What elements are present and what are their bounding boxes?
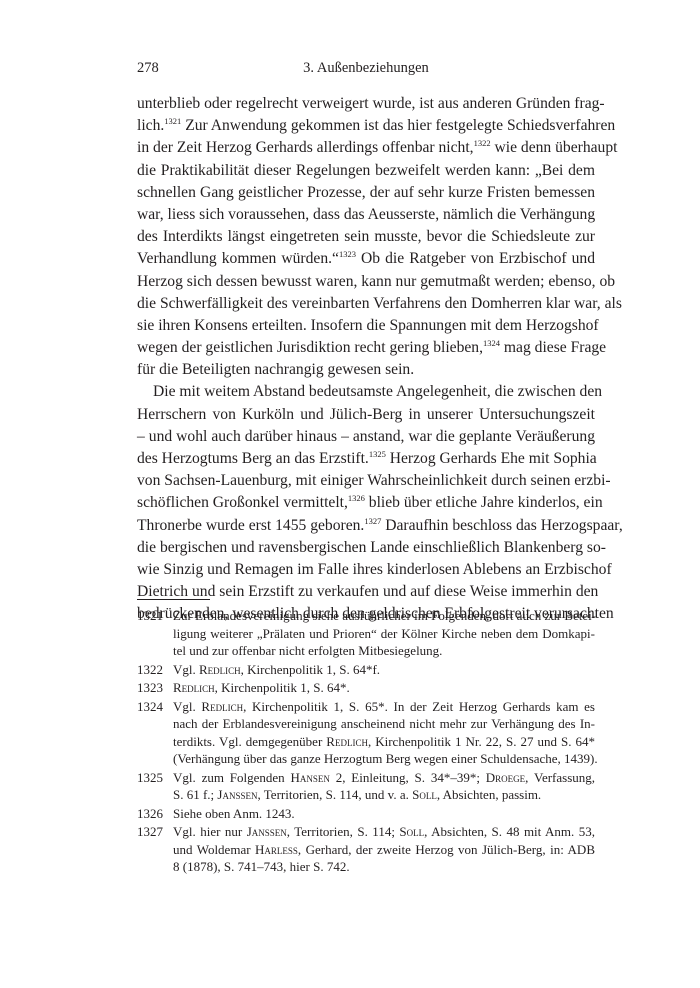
text-line: wie Sinzig und Remagen im Falle ihres ki…: [137, 559, 595, 581]
author-name: Soll: [399, 824, 424, 839]
text-segment: Die mit weitem Abstand bedeutsamste Ange…: [153, 383, 602, 400]
text-segment: sie ihren Konsens erteilten. Insofern di…: [137, 317, 599, 334]
text-segment: für die Beteiligten nachrangig gewesen s…: [137, 361, 414, 378]
author-name: Hansen: [291, 770, 330, 785]
footnote-line: S. 61 f.; Janssen, Territorien, S. 114, …: [173, 786, 595, 804]
text-segment: die bergischen und ravensbergischen Land…: [137, 539, 606, 556]
footnote-1322: 1322Vgl. Redlich, Kirchenpolitik 1, S. 6…: [137, 661, 595, 679]
footnote-line: terdikts. Vgl. demgegenüber Redlich, Kir…: [173, 733, 595, 751]
text-segment: Zur Anwendung gekommen ist das hier fest…: [181, 117, 615, 134]
text-line: Verhandlung kommen würden.“1323 Ob die R…: [137, 248, 595, 270]
footnote-line: Vgl. hier nur Janssen, Territorien, S. 1…: [173, 823, 595, 841]
text-segment: war, liess sich voraussehen, dass das Ae…: [137, 206, 595, 223]
text-segment: 2, Einleitung, S. 34*–39*;: [330, 770, 486, 785]
text-segment: Dietrich und sein Erzstift zu verkaufen …: [137, 583, 598, 600]
footnote-line: (Verhängung über das ganze Herzogtum Ber…: [173, 750, 595, 768]
text-line: die Praktikabilität dieser Regelungen be…: [137, 160, 595, 182]
footnote-line: und Woldemar Harless, Gerhard, der zweit…: [173, 841, 595, 859]
text-line: sie ihren Konsens erteilten. Insofern di…: [137, 315, 595, 337]
text-line: die bergischen und ravensbergischen Land…: [137, 537, 595, 559]
page-header: 278 3. Außenbeziehungen: [137, 60, 595, 80]
text-segment: blieb über etliche Jahre kinderlos, ein: [365, 494, 603, 511]
author-name: Janssen: [247, 824, 287, 839]
footnote-reference[interactable]: 1321: [164, 116, 181, 126]
text-line: die Schwerfälligkeit des vereinbarten Ve…: [137, 293, 595, 315]
text-segment: des Herzogtums Berg an das Erzstift.: [137, 450, 369, 467]
footnote-line: ligung weiterer „Prälaten und Prioren“ d…: [173, 625, 595, 643]
text-line: für die Beteiligten nachrangig gewesen s…: [137, 359, 595, 381]
text-line: wegen der geistlichen Jurisdiktion recht…: [137, 337, 595, 359]
text-segment: mag diese Frage: [500, 339, 606, 356]
footnote-reference[interactable]: 1323: [339, 249, 356, 259]
running-head: 3. Außenbeziehungen: [137, 60, 595, 77]
footnote-number: 1321: [137, 607, 163, 625]
text-line: schnellen Gang geistlicher Prozesse, der…: [137, 182, 595, 204]
text-segment: Thronerbe wurde erst 1455 geboren.: [137, 517, 364, 534]
footnote-line: Redlich, Kirchenpolitik 1, S. 64*.: [173, 679, 595, 697]
text-segment: Daraufhin beschloss das Herzogspaar,: [381, 517, 622, 534]
text-line: des Herzogtums Berg an das Erzstift.1325…: [137, 448, 595, 470]
footnote-1324: 1324Vgl. Redlich, Kirchenpolitik 1, S. 6…: [137, 698, 595, 768]
text-segment: , Absichten, passim.: [437, 787, 541, 802]
author-name: Redlich: [201, 699, 243, 714]
text-segment: in der Zeit Herzog Gerhards allerdings o…: [137, 139, 474, 156]
footnote-1327: 1327Vgl. hier nur Janssen, Territorien, …: [137, 823, 595, 876]
text-line: lich.1321 Zur Anwendung gekommen ist das…: [137, 115, 595, 137]
footnote-line: 8 (1878), S. 741–743, hier S. 742.: [173, 858, 595, 876]
author-name: Janssen: [217, 787, 257, 802]
text-segment: (Verhängung über das ganze Herzogtum Ber…: [173, 751, 598, 766]
main-text: unterblieb oder regelrecht verweigert wu…: [137, 93, 595, 626]
author-name: Droege: [486, 770, 525, 785]
author-name: Redlich: [326, 734, 368, 749]
footnote-reference[interactable]: 1322: [474, 138, 491, 148]
text-segment: wie Sinzig und Remagen im Falle ihres ki…: [137, 561, 612, 578]
text-segment: und Woldemar: [173, 842, 255, 857]
text-segment: S. 61 f.;: [173, 787, 217, 802]
text-segment: Vgl. hier nur: [173, 824, 247, 839]
text-segment: Vgl. zum Folgenden: [173, 770, 291, 785]
footnote-number: 1325: [137, 769, 163, 787]
text-line: in der Zeit Herzog Gerhards allerdings o…: [137, 137, 595, 159]
text-segment: nach der Erblandesvereinigung anscheinen…: [173, 716, 595, 731]
text-line: Thronerbe wurde erst 1455 geboren.1327 D…: [137, 515, 595, 537]
text-segment: , Verfassung,: [525, 770, 595, 785]
footnote-1321: 1321Zur Erblandesvereinigung siehe ausfü…: [137, 607, 595, 660]
text-line: war, liess sich voraussehen, dass das Ae…: [137, 204, 595, 226]
footnote-1326: 1326Siehe oben Anm. 1243.: [137, 805, 595, 823]
text-segment: terdikts. Vgl. demgegenüber: [173, 734, 326, 749]
text-segment: wegen der geistlichen Jurisdiktion recht…: [137, 339, 483, 356]
footnote-reference[interactable]: 1327: [364, 516, 381, 526]
text-segment: lich.: [137, 117, 164, 134]
text-segment: , Territorien, S. 114;: [287, 824, 400, 839]
footnote-line: nach der Erblandesvereinigung anscheinen…: [173, 715, 595, 733]
footnote-number: 1324: [137, 698, 163, 716]
text-segment: , Absichten, S. 48 mit Anm. 53,: [424, 824, 595, 839]
footnote-separator: [137, 599, 210, 600]
text-segment: Herzog Gerhards Ehe mit Sophia: [386, 450, 597, 467]
text-line: unterblieb oder regelrecht verweigert wu…: [137, 93, 595, 115]
text-segment: , Kirchenpolitik 1 Nr. 22, S. 27 und S. …: [368, 734, 595, 749]
text-segment: , Kirchenpolitik 1, S. 65*. In der Zeit …: [243, 699, 595, 714]
footnote-1323: 1323Redlich, Kirchenpolitik 1, S. 64*.: [137, 679, 595, 697]
book-page: 278 3. Außenbeziehungen unterblieb oder …: [0, 0, 700, 988]
footnote-line: Vgl. Redlich, Kirchenpolitik 1, S. 64*f.: [173, 661, 595, 679]
text-segment: die Praktikabilität dieser Regelungen be…: [137, 162, 595, 179]
text-segment: schöflichen Großonkel vermittelt,: [137, 494, 348, 511]
text-segment: wie denn überhaupt: [491, 139, 618, 156]
text-segment: – und wohl auch darüber hinaus – anstand…: [137, 428, 595, 445]
footnote-number: 1326: [137, 805, 163, 823]
text-segment: des Interdikts längst eingetreten sein m…: [137, 228, 595, 245]
text-segment: 8 (1878), S. 741–743, hier S. 742.: [173, 859, 350, 874]
text-segment: , Kirchenpolitik 1, S. 64*.: [215, 680, 350, 695]
footnote-number: 1327: [137, 823, 163, 841]
author-name: Redlich: [199, 662, 241, 677]
text-segment: Zur Erblandesvereinigung siehe ausführli…: [173, 608, 596, 623]
footnote-line: tel und zur offenbar nicht erfolgten Mit…: [173, 642, 595, 660]
text-line: – und wohl auch darüber hinaus – anstand…: [137, 426, 595, 448]
text-segment: Siehe oben Anm. 1243.: [173, 806, 295, 821]
text-line: Herrschern von Kurköln und Jülich-Berg i…: [137, 404, 595, 426]
text-segment: schnellen Gang geistlicher Prozesse, der…: [137, 184, 595, 201]
footnotes: 1321Zur Erblandesvereinigung siehe ausfü…: [137, 607, 595, 877]
text-segment: Vgl.: [173, 699, 201, 714]
footnote-reference[interactable]: 1325: [369, 449, 386, 459]
text-line: schöflichen Großonkel vermittelt,1326 bl…: [137, 492, 595, 514]
footnote-reference[interactable]: 1326: [348, 493, 365, 503]
footnote-1325: 1325Vgl. zum Folgenden Hansen 2, Einleit…: [137, 769, 595, 804]
text-segment: , Kirchenpolitik 1, S. 64*f.: [241, 662, 380, 677]
text-segment: Ob die Ratgeber von Erzbischof und: [356, 250, 595, 267]
text-line: Die mit weitem Abstand bedeutsamste Ange…: [137, 381, 595, 403]
footnote-reference[interactable]: 1324: [483, 338, 500, 348]
text-segment: Verhandlung kommen würden.“: [137, 250, 339, 267]
author-name: Soll: [412, 787, 437, 802]
author-name: Redlich: [173, 680, 215, 695]
footnote-line: Zur Erblandesvereinigung siehe ausführli…: [173, 607, 595, 625]
footnote-number: 1323: [137, 679, 163, 697]
text-segment: , Territorien, S. 114, und v. a.: [258, 787, 413, 802]
footnote-number: 1322: [137, 661, 163, 679]
text-segment: unterblieb oder regelrecht verweigert wu…: [137, 95, 605, 112]
text-segment: von Sachsen-Lauenburg, mit einiger Wahrs…: [137, 472, 611, 489]
text-segment: Herrschern von Kurköln und Jülich-Berg i…: [137, 406, 595, 423]
text-segment: die Schwerfälligkeit des vereinbarten Ve…: [137, 295, 622, 312]
author-name: Harless: [255, 842, 298, 857]
text-line: Herzog sich dessen bewusst waren, kann n…: [137, 271, 595, 293]
footnote-line: Vgl. Redlich, Kirchenpolitik 1, S. 65*. …: [173, 698, 595, 716]
text-line: des Interdikts längst eingetreten sein m…: [137, 226, 595, 248]
text-line: von Sachsen-Lauenburg, mit einiger Wahrs…: [137, 470, 595, 492]
text-segment: Herzog sich dessen bewusst waren, kann n…: [137, 273, 615, 290]
text-segment: ligung weiterer „Prälaten und Prioren“ d…: [173, 626, 595, 641]
text-segment: Vgl.: [173, 662, 199, 677]
footnote-line: Vgl. zum Folgenden Hansen 2, Einleitung,…: [173, 769, 595, 787]
text-segment: , Gerhard, der zweite Herzog von Jülich-…: [298, 842, 595, 857]
text-segment: tel und zur offenbar nicht erfolgten Mit…: [173, 643, 442, 658]
footnote-line: Siehe oben Anm. 1243.: [173, 805, 595, 823]
